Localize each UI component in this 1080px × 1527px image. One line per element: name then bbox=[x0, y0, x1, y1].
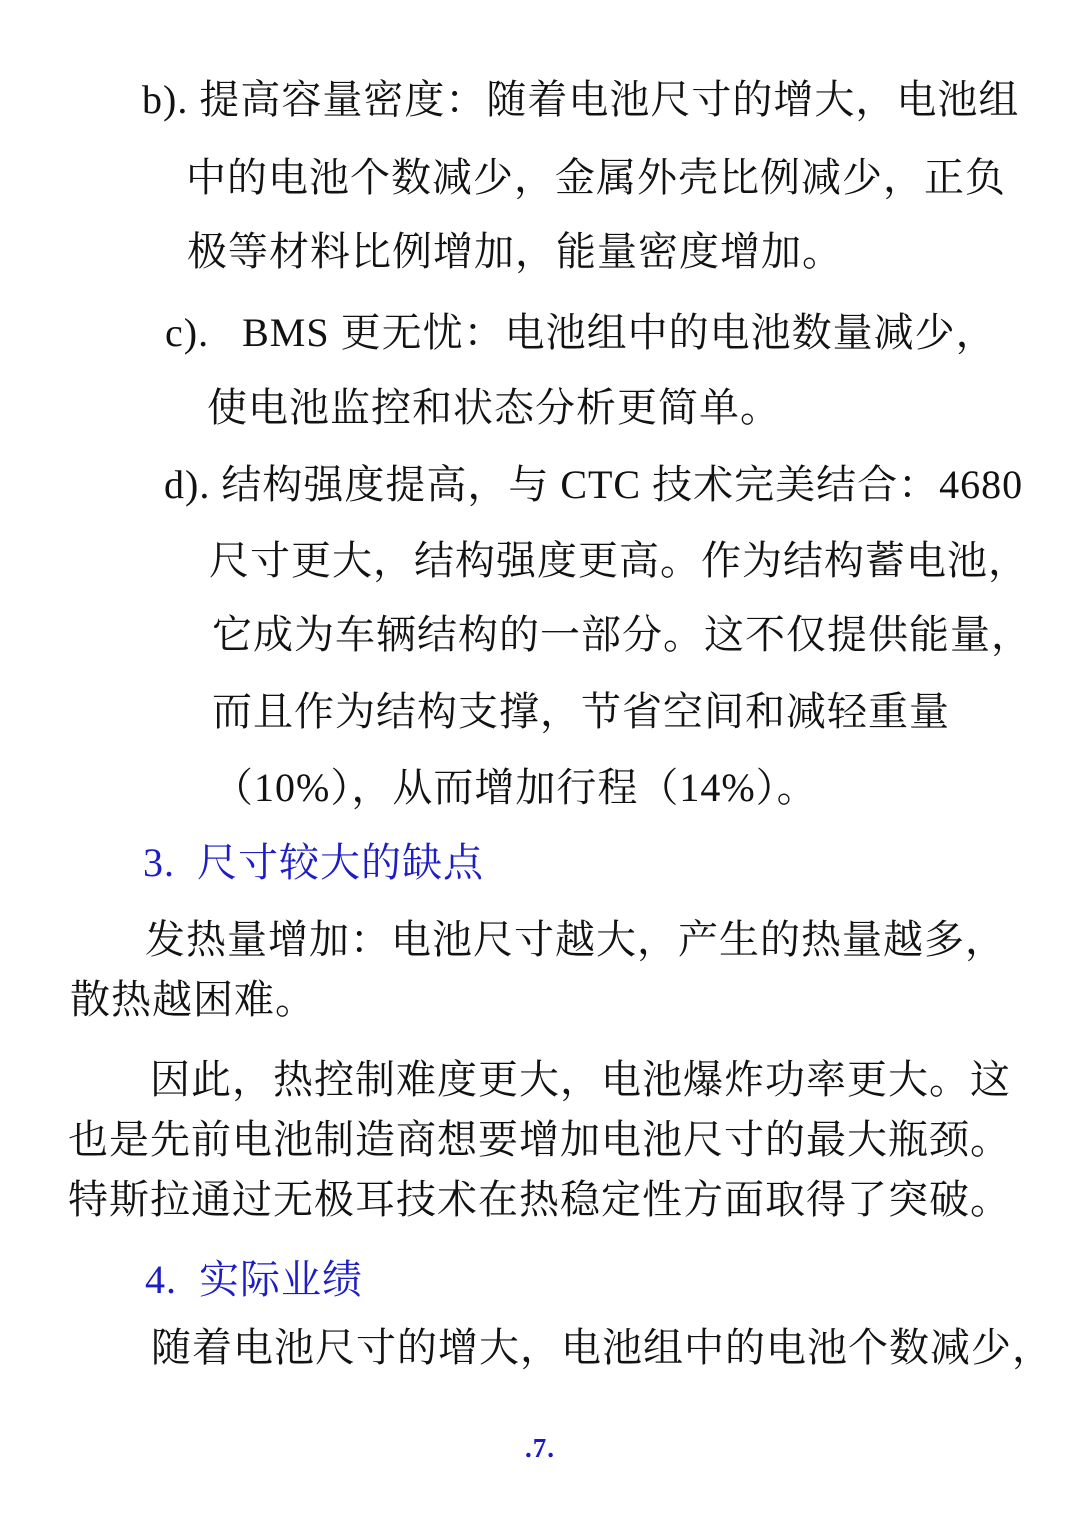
list-item-d-line-2: 尺寸更大，结构强度更高。作为结构蓄电池， bbox=[209, 538, 1029, 584]
paragraph-thermal-line-1: 因此，热控制难度更大，电池爆炸功率更大。这 bbox=[150, 1057, 1011, 1103]
list-item-b-line-3: 极等材料比例增加，能量密度增加。 bbox=[187, 229, 843, 275]
list-item-b-line-1: b). 提高容量密度：随着电池尺寸的增大，电池组 bbox=[142, 77, 1019, 123]
paragraph-heat-line-2: 散热越困难。 bbox=[70, 977, 316, 1023]
paragraph-thermal-line-3: 特斯拉通过无极耳技术在热稳定性方面取得了突破。 bbox=[68, 1177, 1011, 1223]
list-item-d-line-5: （10%），从而增加行程（14%）。 bbox=[213, 765, 818, 811]
list-item-d-line-1: d). 结构强度提高，与 CTC 技术完美结合：4680 bbox=[164, 462, 1023, 508]
list-item-d-line-3: 它成为车辆结构的一部分。这不仅提供能量， bbox=[212, 612, 1032, 658]
section-heading-3: 3. 尺寸较大的缺点 bbox=[143, 840, 484, 886]
list-item-c-line-2: 使电池监控和状态分析更简单。 bbox=[207, 385, 781, 431]
section-heading-4: 4. 实际业绩 bbox=[145, 1257, 363, 1303]
list-item-d-line-4: 而且作为结构支撑，节省空间和减轻重量 bbox=[212, 689, 950, 735]
paragraph-heat-line-1: 发热量增加：电池尺寸越大，产生的热量越多， bbox=[145, 917, 1006, 963]
list-item-b-line-2: 中的电池个数减少，金属外壳比例减少，正负 bbox=[186, 155, 1006, 201]
list-item-c-line-1: c). BMS 更无忧：电池组中的电池数量减少， bbox=[165, 310, 997, 356]
page-number: .7. bbox=[0, 1433, 1080, 1463]
paragraph-thermal-line-2: 也是先前电池制造商想要增加电池尺寸的最大瓶颈。 bbox=[68, 1117, 1011, 1163]
document-page: b). 提高容量密度：随着电池尺寸的增大，电池组 中的电池个数减少，金属外壳比例… bbox=[0, 0, 1080, 1527]
paragraph-performance-line-1: 随着电池尺寸的增大，电池组中的电池个数减少， bbox=[151, 1325, 1053, 1371]
